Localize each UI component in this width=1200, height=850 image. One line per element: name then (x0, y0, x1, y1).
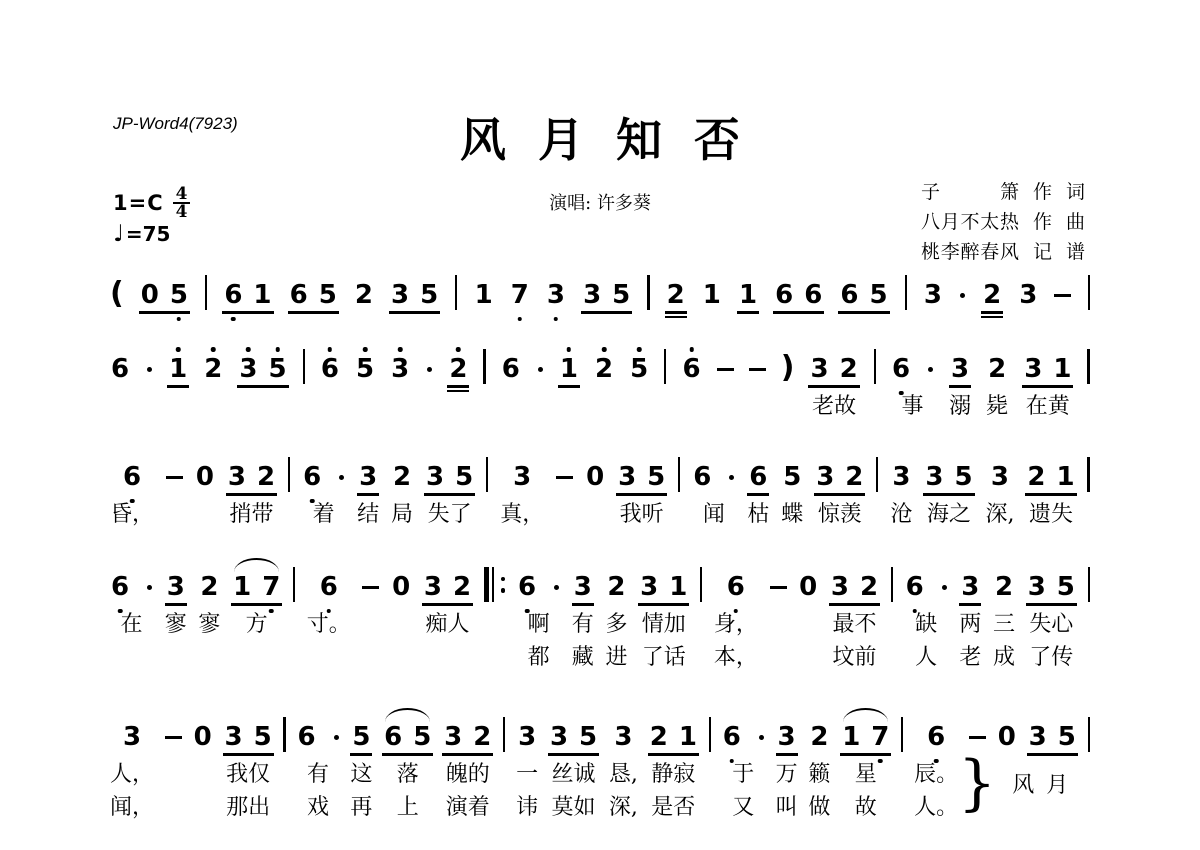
duration-dash (166, 448, 183, 492)
lyric-syllable: 人 (915, 645, 937, 671)
note-digit: 1 (739, 280, 757, 310)
lyric-syllable: 辰。 (914, 762, 958, 788)
lyric-syllable: 海之 (927, 502, 971, 528)
note-digit: 3 (426, 462, 444, 492)
augmentation-dot (427, 367, 432, 372)
note-digit: 2 (393, 462, 411, 492)
note: 6在 (110, 558, 153, 671)
note-digit: 3 (424, 572, 442, 602)
note: 2局 (391, 448, 413, 528)
note: 2 (354, 266, 374, 310)
note-group: 17方 (232, 558, 281, 671)
note-digit: 3 (961, 572, 979, 602)
lyric-syllable: 于 (732, 762, 754, 788)
beam-underline (923, 493, 974, 495)
lyric-syllable: 恳, (609, 762, 638, 788)
note: 0 (798, 558, 818, 602)
note-digit: 3 (778, 722, 796, 752)
lyric-syllable: 身， (714, 612, 758, 638)
lyric-syllable: 上 (397, 795, 419, 821)
barline (1088, 266, 1090, 310)
lyric-syllable: 坟前 (832, 645, 876, 671)
beam-underline (808, 385, 859, 387)
note-group: 66 (774, 266, 823, 310)
song-title: 风 月 知 否 (0, 104, 1200, 170)
lyric-syllable: 是否 (651, 795, 695, 821)
note-digit: 3 (816, 462, 834, 492)
barline-stroke (709, 717, 711, 752)
quarter-note-icon: ♩ (113, 222, 124, 246)
music-system-2: 61235653261256)32老故6事3溺2毙31在黄 (110, 340, 1090, 420)
parenthesis: ) (781, 340, 795, 384)
note-digit: 5 (254, 722, 272, 752)
lyric-syllable: 戏 (307, 795, 329, 821)
lyric-syllable: 我仅 (226, 762, 270, 788)
note-group: 35失心了传 (1027, 558, 1076, 671)
barline (288, 448, 290, 492)
octave-dot-above (637, 347, 642, 352)
note-digit: 5 (413, 722, 431, 752)
note-digit: 2 (355, 280, 373, 310)
beam-underline (1025, 493, 1076, 495)
lyric-syllable: 多 (605, 612, 627, 638)
note: 5 (629, 340, 649, 384)
note-group: 17星故 (841, 708, 890, 821)
lyric-syllable: 又 (732, 795, 754, 821)
octave-dot-below (269, 609, 274, 614)
note-digit: 6 (502, 354, 520, 384)
note: 5这再 (350, 708, 372, 821)
barline (483, 340, 485, 384)
beam-underline (572, 603, 594, 605)
note-digit: 1 (703, 280, 721, 310)
barline (303, 340, 305, 384)
octave-dot-above (602, 347, 607, 352)
note-group: 32魄的演着 (443, 708, 492, 821)
note-digit: 3 (924, 280, 942, 310)
note: 2多进 (605, 558, 627, 671)
note: 6闻 (692, 448, 735, 528)
duration-dash (749, 340, 766, 384)
lyric-syllable: 万 (776, 762, 798, 788)
lyric-syllable: 深, (609, 795, 638, 821)
lyric-syllable: 闻 (703, 502, 725, 528)
note-group: 35丝诚莫如 (549, 708, 598, 821)
octave-dot-above (275, 347, 280, 352)
note-digit: 1 (1053, 354, 1071, 384)
note-digit: 5 (869, 280, 887, 310)
note: 3 (390, 340, 433, 384)
note-digit: 2 (988, 354, 1006, 384)
note: 3真， (500, 448, 544, 528)
verse-brace-group: } 风月 (958, 744, 1080, 822)
lyric-syllable: 魄的 (446, 762, 490, 788)
octave-dot-below (177, 317, 182, 322)
duration-dash (717, 340, 734, 384)
octave-dot-below (130, 499, 135, 504)
barline-stroke (678, 457, 680, 492)
credit-name: 子箫 (921, 177, 1019, 204)
note-digit: 7 (871, 722, 889, 752)
note-group: 21遗失 (1026, 448, 1075, 528)
augmentation-dot (960, 293, 965, 298)
lyric-syllable: 藏 (572, 645, 594, 671)
note-digit: 3 (1028, 572, 1046, 602)
octave-dot-above (211, 347, 216, 352)
note-digit: 1 (475, 280, 493, 310)
lyric-syllable: 闻， (110, 795, 154, 821)
tie-arc (843, 708, 888, 722)
note: 0 (193, 708, 213, 752)
lyric-syllable: 落 (397, 762, 419, 788)
tempo-marking: ♩ =75 (113, 222, 170, 246)
tie-arc (385, 708, 430, 722)
lyric-syllable: 莫如 (552, 795, 596, 821)
note-group: 65落上 (383, 708, 432, 821)
note: 2 (594, 340, 614, 384)
barline (905, 266, 907, 310)
lyric-syllable: 蝶 (781, 502, 803, 528)
barline (1088, 558, 1090, 602)
barline-stroke (293, 567, 295, 602)
note-group: 05 (140, 266, 189, 310)
beam-underline (442, 753, 493, 755)
note: 2 (982, 266, 1002, 310)
beam-underline (357, 493, 379, 495)
lyric-syllable: 方 (246, 612, 268, 638)
barline (455, 266, 457, 310)
note-digit: 2 (1027, 462, 1045, 492)
beam-underline (981, 316, 1003, 318)
note-group: 65 (289, 266, 338, 310)
barline (1087, 340, 1089, 384)
augmentation-dot (554, 585, 559, 590)
lyric-syllable: 真， (500, 502, 544, 528)
note: 2籁做 (808, 708, 830, 821)
barline-stroke (1088, 717, 1090, 752)
note-digit: 1 (679, 722, 697, 752)
octave-dot-below (231, 317, 236, 322)
octave-dot-above (328, 347, 333, 352)
beam-underline (665, 311, 687, 313)
lyric-syllable: 都 (528, 645, 550, 671)
barline-stroke (901, 717, 903, 752)
lyric-syllable: 遗失 (1029, 502, 1073, 528)
lyric-syllable: 老故 (812, 394, 856, 420)
note: 2 (666, 266, 686, 310)
note-digit: 5 (1057, 572, 1075, 602)
note-digit: 6 (224, 280, 242, 310)
beam-underline (558, 385, 580, 387)
barline (874, 340, 876, 384)
beam-underline (737, 311, 759, 313)
augmentation-dot (147, 585, 152, 590)
barline-stroke (874, 349, 876, 384)
lyric-syllable: 情加 (642, 612, 686, 638)
tempo-value: =75 (126, 222, 171, 246)
note-digit: 7 (511, 280, 529, 310)
note-digit: 5 (612, 280, 630, 310)
octave-dot-above (567, 347, 572, 352)
credit-row: 八月不太热作曲 (921, 205, 1085, 235)
lyric-syllable: 老 (959, 645, 981, 671)
lyric-syllable: 深, (985, 502, 1014, 528)
note-digit: 2 (810, 722, 828, 752)
beam-underline (389, 311, 440, 313)
lyric-syllable: 缺 (915, 612, 937, 638)
note-digit: 3 (810, 354, 828, 384)
note-group: 32捎带 (227, 448, 276, 528)
note-group: 32痴人 (423, 558, 472, 671)
lyric-syllable: 失心 (1029, 612, 1073, 638)
lyric-syllable: 局 (391, 502, 413, 528)
note: 1 (168, 340, 188, 384)
note-digit: 2 (995, 572, 1013, 602)
lyric-syllable: 叫 (776, 795, 798, 821)
note-digit: 6 (804, 280, 822, 310)
note-digit: 5 (356, 354, 374, 384)
beam-underline (447, 385, 469, 387)
note-digit: 3 (991, 462, 1009, 492)
note: 2 (448, 340, 468, 384)
note: 6寸。 (307, 558, 351, 671)
credit-name: 八月不太热 (921, 207, 1019, 234)
note-digit: 5 (954, 462, 972, 492)
note-group: 65 (839, 266, 888, 310)
barline (664, 340, 666, 384)
beam-underline (840, 753, 891, 755)
note: 5蝶 (781, 448, 803, 528)
barline (1088, 708, 1090, 752)
beam-underline (223, 753, 274, 755)
tie-arc (234, 558, 279, 572)
note: 6缺人 (905, 558, 948, 671)
note: 6于又 (722, 708, 765, 821)
octave-dot-above (176, 347, 181, 352)
lyric-syllable: 三 (993, 612, 1015, 638)
note-digit: 3 (583, 280, 601, 310)
beam-underline (814, 493, 865, 495)
note: 6 (681, 340, 701, 384)
beam-underline (1022, 385, 1073, 387)
beam-underline (829, 603, 880, 605)
beam-underline (773, 311, 824, 313)
note-digit: 2 (200, 572, 218, 602)
note: 3 (923, 266, 966, 310)
lyric-syllable: 在 (121, 612, 143, 638)
note-group: 61 (223, 266, 272, 310)
barline-stroke (205, 275, 207, 310)
duration-dash (1054, 266, 1071, 310)
note-digit: 2 (983, 280, 1001, 310)
barline-stroke (455, 275, 457, 310)
music-system-3: 6昏，032捎带6着3结2局35失了3真，035我听6闻6枯5蝶32惊羡3沧35… (110, 448, 1090, 528)
note: 3万叫 (776, 708, 798, 821)
note: 3深, (985, 448, 1014, 528)
barline (647, 266, 649, 310)
note: 1 (738, 266, 758, 310)
note-digit: 5 (455, 462, 473, 492)
note-digit: 0 (586, 462, 604, 492)
note: 2三成 (993, 558, 1015, 671)
octave-dot-below (327, 609, 332, 614)
note: 0 (585, 448, 605, 492)
note: 3 (546, 266, 566, 310)
barline-stroke (503, 717, 505, 752)
credit-role: 作词 (1033, 177, 1085, 204)
beam-underline (288, 311, 339, 313)
note-digit: 2 (840, 354, 858, 384)
octave-dot-below (310, 499, 315, 504)
lyric-syllable: 那出 (226, 795, 270, 821)
lyric-syllable: 昏， (110, 502, 154, 528)
beam-underline (350, 753, 372, 755)
note: 6辰。人。 (914, 708, 958, 821)
lyric-syllable: 籁 (808, 762, 830, 788)
beam-underline (422, 603, 473, 605)
barline-stroke (1088, 275, 1090, 310)
beam-underline (665, 316, 687, 318)
note: 3一讳 (516, 708, 538, 821)
note-digit: 3 (123, 722, 141, 752)
note-digit: 3 (831, 572, 849, 602)
note-digit: 6 (682, 354, 700, 384)
note-digit: 3 (1019, 280, 1037, 310)
note-digit: 6 (840, 280, 858, 310)
lyric-syllable: 沧 (890, 502, 912, 528)
lyric-syllable: 毙 (986, 394, 1008, 420)
note: 3两老 (959, 558, 981, 671)
lyric-syllable: 这 (350, 762, 372, 788)
lyric-syllable: 结 (357, 502, 379, 528)
augmentation-dot (334, 735, 339, 740)
barline-stroke (905, 275, 907, 310)
beam-underline (139, 311, 190, 313)
note-digit: 2 (650, 722, 668, 752)
barline-stroke (876, 457, 878, 492)
note-digit: 0 (392, 572, 410, 602)
octave-dot-below (899, 391, 904, 396)
note: 2毙 (986, 340, 1008, 420)
note: 3有藏 (572, 558, 594, 671)
note-digit: 2 (667, 280, 685, 310)
beam-underline (237, 385, 288, 387)
note-digit: 2 (473, 722, 491, 752)
barline-stroke (664, 349, 666, 384)
note: 2寥 (198, 558, 220, 671)
beam-underline (616, 493, 667, 495)
lyric-syllable: 丝诚 (552, 762, 596, 788)
beam-underline (222, 311, 273, 313)
time-signature: 4 4 (173, 186, 191, 220)
lyric-syllable: 捎带 (229, 502, 273, 528)
barline-stroke (1088, 567, 1090, 602)
barline-stroke (700, 567, 702, 602)
note: 3沧 (890, 448, 912, 528)
octave-dot-above (689, 347, 694, 352)
note: 6枯 (747, 448, 769, 528)
octave-dot-below (934, 759, 939, 764)
note: 6 (110, 340, 153, 384)
note-digit: 0 (196, 462, 214, 492)
note-digit: 3 (550, 722, 568, 752)
beam-underline (165, 603, 187, 605)
note-digit: 6 (749, 462, 767, 492)
note: 7 (510, 266, 530, 310)
octave-dot-below (912, 609, 917, 614)
ending-label: 风月 (1012, 768, 1080, 799)
note-group: 35 (390, 266, 439, 310)
note-digit: 6 (775, 280, 793, 310)
note-digit: 2 (449, 354, 467, 384)
lyric-syllable: 溺 (949, 394, 971, 420)
barline (1087, 448, 1089, 492)
note-digit: 3 (444, 722, 462, 752)
barline-stroke (1087, 349, 1089, 384)
octave-dot-below (118, 609, 123, 614)
barline (486, 448, 488, 492)
note-digit: 2 (595, 354, 613, 384)
lyric-syllable: 本， (714, 645, 758, 671)
lyric-syllable: 痴人 (425, 612, 469, 638)
note-digit: 1 (842, 722, 860, 752)
note-digit: 5 (783, 462, 801, 492)
note-digit: 3 (518, 722, 536, 752)
note-digit: 3 (614, 722, 632, 752)
note: 6事 (891, 340, 934, 420)
barline (503, 708, 505, 752)
barline-stroke (288, 457, 290, 492)
credit-row: 桃李醉春风记谱 (921, 235, 1085, 265)
note: 3结 (357, 448, 379, 528)
augmentation-dot (942, 585, 947, 590)
note: 3 (1018, 266, 1038, 310)
note-group: 32最不坟前 (830, 558, 879, 671)
lyric-syllable: 故 (855, 795, 877, 821)
beam-underline (167, 385, 189, 387)
note-digit: 6 (290, 280, 308, 310)
beam-underline (838, 311, 889, 313)
lyric-syllable: 了话 (642, 645, 686, 671)
lyric-syllable: 寸。 (307, 612, 351, 638)
note-digit: 3 (391, 354, 409, 384)
note-digit: 3 (391, 280, 409, 310)
beam-underline (981, 311, 1003, 313)
beam-underline (959, 603, 981, 605)
curly-brace: } (958, 744, 996, 822)
lyric-syllable: 两 (959, 612, 981, 638)
lyric-syllable: 有 (307, 762, 329, 788)
note: 3寥 (165, 558, 187, 671)
note-digit: 1 (169, 354, 187, 384)
octave-dot-below (729, 759, 734, 764)
credit-row: 子箫作词 (921, 175, 1085, 205)
note: 6身，本， (714, 558, 758, 671)
note-digit: 6 (723, 722, 741, 752)
note-group: 32老故 (809, 340, 858, 420)
note-digit: 2 (860, 572, 878, 602)
barline-stroke (303, 349, 305, 384)
barline-stroke (891, 567, 893, 602)
note-digit: 5 (170, 280, 188, 310)
note: 3恳,深, (609, 708, 638, 821)
note: 1 (559, 340, 579, 384)
note-digit: 2 (845, 462, 863, 492)
octave-dot-below (734, 609, 739, 614)
barline (205, 266, 207, 310)
octave-dot-above (363, 347, 368, 352)
music-system-1: (056165235173352116665323 (110, 266, 1090, 310)
